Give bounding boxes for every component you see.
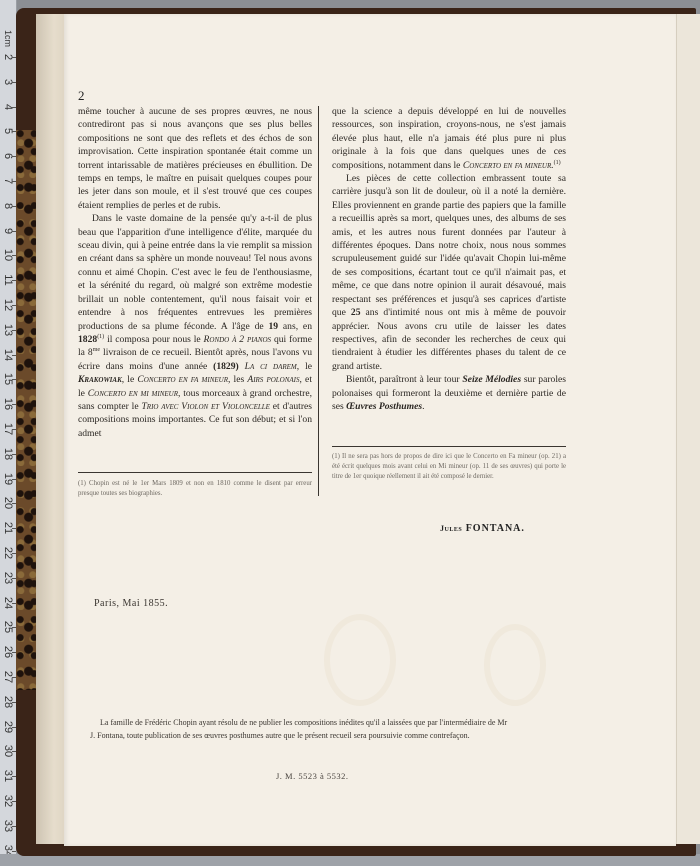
ruler-tick bbox=[12, 851, 16, 852]
left-footnote: (1) Chopin est né le 1er Mars 1809 et no… bbox=[78, 479, 312, 499]
page-number: 2 bbox=[78, 88, 85, 104]
publication-notice: La famille de Frédéric Chopin ayant réso… bbox=[90, 716, 590, 742]
footnote-rule bbox=[332, 446, 566, 447]
work-title: Trio avec Violon et Violoncelle bbox=[141, 401, 269, 412]
marbled-binding-edge bbox=[16, 130, 38, 690]
right-text-column: que la science a depuis développé en lui… bbox=[332, 105, 566, 413]
work-title: Concerto en fa mineur. bbox=[463, 160, 554, 171]
paragraph: Les pièces de cette collection embrassen… bbox=[332, 172, 566, 373]
dateline: Paris, Mai 1855. bbox=[94, 598, 168, 609]
paragraph: Bientôt, paraîtront à leur tour Seize Mé… bbox=[332, 373, 566, 413]
work-title: Concerto en mi mineur bbox=[88, 388, 178, 399]
footnote-rule bbox=[78, 472, 312, 473]
paragraph: même toucher à aucune de ses propres œuv… bbox=[78, 105, 312, 212]
bleed-through-stain bbox=[324, 614, 396, 706]
work-title: Rondo à 2 pianos bbox=[204, 334, 272, 345]
work-title: Œuvres Posthumes bbox=[346, 401, 422, 412]
plate-numbers: J. M. 5523 à 5532. bbox=[276, 771, 349, 781]
footnote-marker: (1) bbox=[554, 159, 561, 165]
work-title: La ci darem bbox=[245, 361, 297, 372]
left-text-column: même toucher à aucune de ses propres œuv… bbox=[78, 105, 312, 440]
work-title: Airs polonais bbox=[247, 374, 299, 385]
work-title: Seize Mélodies bbox=[462, 374, 521, 385]
column-divider bbox=[318, 106, 319, 496]
bleed-through-stain bbox=[484, 624, 546, 706]
paragraph: Dans le vaste domaine de la pensée qu'y … bbox=[78, 212, 312, 440]
right-footnote: (1) Il ne sera pas hors de propos de dir… bbox=[332, 452, 566, 482]
paragraph: que la science a depuis développé en lui… bbox=[332, 105, 566, 172]
ruler-unit-label: 1cm bbox=[1, 30, 15, 44]
signature: Jules FONTANA. bbox=[440, 523, 525, 534]
next-page-edge bbox=[676, 14, 700, 844]
work-title: Krakowiak bbox=[78, 374, 122, 385]
work-title: Concerto en fa mineur bbox=[137, 374, 228, 385]
measuring-ruler: 1cm2345678910111213141516171819202122232… bbox=[0, 0, 17, 866]
page-stack-edge bbox=[36, 14, 66, 844]
